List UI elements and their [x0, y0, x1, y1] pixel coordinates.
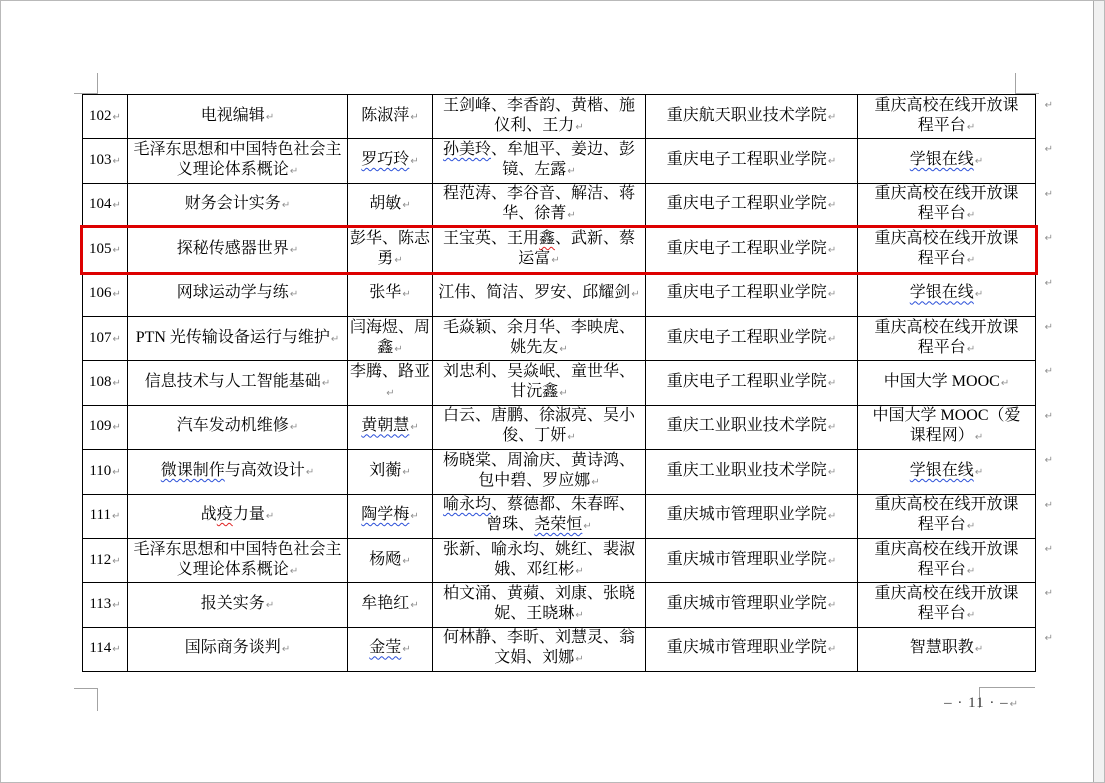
- table-row-112: 112↵毛泽东思想和中国特色社会主义理论体系概论↵杨飏↵张新、喻永均、姚红、裴淑…: [83, 539, 1036, 583]
- cell-school: 重庆电子工程职业学院↵: [646, 184, 858, 228]
- paragraph-mark: ↵: [559, 384, 567, 404]
- page-number-text: – · 11 · –: [944, 695, 1008, 711]
- paragraph-mark: ↵: [631, 285, 639, 305]
- cell-team: 何林静、李昕、刘慧灵、翁文娟、刘娜↵: [433, 628, 646, 672]
- paragraph-mark: ↵: [828, 196, 836, 216]
- end-of-row-mark: ↵: [1045, 189, 1053, 200]
- paragraph-mark: ↵: [112, 552, 120, 572]
- cell-no: 107↵: [83, 317, 128, 361]
- cell-no: 103↵: [83, 139, 128, 183]
- paragraph-mark: ↵: [113, 196, 121, 216]
- paragraph-mark: ↵: [112, 596, 120, 616]
- paragraph-mark: ↵: [575, 606, 583, 626]
- paragraph-mark: ↵: [113, 285, 121, 305]
- cell-teacher: 罗巧玲↵: [348, 139, 433, 183]
- paragraph-mark: ↵: [828, 507, 836, 527]
- paragraph-mark: ↵: [591, 473, 599, 493]
- cell-teacher: 闫海煜、周鑫↵: [348, 317, 433, 361]
- paragraph-mark: ↵: [828, 374, 836, 394]
- cell-course: 电视编辑↵: [128, 95, 348, 139]
- cell-course: 财务会计实务↵: [128, 184, 348, 228]
- paragraph-mark: ↵: [967, 517, 975, 537]
- end-of-row-mark: ↵: [1045, 455, 1053, 466]
- cell-school: 重庆电子工程职业学院↵: [646, 361, 858, 405]
- cell-course: 毛泽东思想和中国特色社会主义理论体系概论↵: [128, 139, 348, 183]
- paragraph-mark: ↵: [551, 251, 559, 271]
- paragraph-mark: ↵: [394, 340, 402, 360]
- cell-team: 喻永均、蔡德都、朱春晖、曾珠、尧荣恒↵: [433, 495, 646, 539]
- paragraph-mark: ↵: [394, 251, 402, 271]
- end-of-row-mark: ↵: [1045, 144, 1053, 155]
- cell-platform: 智慧职教↵: [858, 628, 1036, 672]
- cell-school: 重庆工业职业技术学院↵: [646, 406, 858, 450]
- cell-platform: 重庆高校在线开放课程平台↵: [858, 95, 1036, 139]
- cell-platform: 学银在线↵: [858, 273, 1036, 317]
- cell-course: 汽车发动机维修↵: [128, 406, 348, 450]
- cell-school: 重庆城市管理职业学院↵: [646, 583, 858, 627]
- paragraph-mark: ↵: [828, 463, 836, 483]
- document-page: 102↵电视编辑↵陈淑萍↵王剑峰、李香韵、黄楷、施仪利、王力↵重庆航天职业技术学…: [0, 0, 1105, 783]
- cell-no: 106↵: [83, 273, 128, 317]
- end-of-row-mark: ↵: [1045, 322, 1053, 333]
- paragraph-mark: ↵: [975, 152, 983, 172]
- cell-school: 重庆工业职业技术学院↵: [646, 450, 858, 494]
- page-number: – · 11 · –↵: [881, 695, 1019, 712]
- paragraph-mark: ↵: [290, 241, 298, 261]
- cell-teacher: 刘蘅↵: [348, 450, 433, 494]
- table-row-106: 106↵网球运动学与练↵张华↵江伟、简洁、罗安、邱耀剑↵重庆电子工程职业学院↵学…: [83, 273, 1036, 317]
- paragraph-mark: ↵: [575, 650, 583, 670]
- cell-school: 重庆城市管理职业学院↵: [646, 628, 858, 672]
- margin-crop-mark-top-left: [74, 73, 98, 94]
- paragraph-mark: ↵: [266, 108, 274, 128]
- table-row-113: 113↵报关实务↵牟艳红↵柏文涌、黄蘋、刘康、张晓妮、王晓琳↵重庆城市管理职业学…: [83, 583, 1036, 627]
- paragraph-mark: ↵: [402, 552, 410, 572]
- cell-team: 张新、喻永均、姚红、裴淑娥、邓红彬↵: [433, 539, 646, 583]
- paragraph-mark: ↵: [113, 152, 121, 172]
- end-of-row-mark: ↵: [1045, 278, 1053, 289]
- table-row-111: 111↵战疫力量↵陶学梅↵喻永均、蔡德都、朱春晖、曾珠、尧荣恒↵重庆城市管理职业…: [83, 495, 1036, 539]
- paragraph-mark: ↵: [828, 152, 836, 172]
- paragraph-mark: ↵: [266, 596, 274, 616]
- cell-no: 112↵: [83, 539, 128, 583]
- cell-course: 微课制作与高效设计↵: [128, 450, 348, 494]
- cell-platform: 中国大学 MOOC（爱课程网）↵: [858, 406, 1036, 450]
- paragraph-mark: ↵: [828, 330, 836, 350]
- cell-course: 网球运动学与练↵: [128, 273, 348, 317]
- cell-team: 毛焱颖、余月华、李映虎、姚先友↵: [433, 317, 646, 361]
- cell-no: 114↵: [83, 628, 128, 672]
- cell-teacher: 黄朝慧↵: [348, 406, 433, 450]
- cell-teacher: 陶学梅↵: [348, 495, 433, 539]
- cell-no: 109↵: [83, 406, 128, 450]
- paragraph-mark: ↵: [410, 596, 418, 616]
- paragraph-mark: ↵: [967, 251, 975, 271]
- paragraph-mark: ↵: [112, 640, 120, 660]
- paragraph-mark: ↵: [290, 562, 298, 582]
- paragraph-mark: ↵: [113, 108, 121, 128]
- paragraph-mark: ↵: [575, 118, 583, 138]
- end-of-row-mark: ↵: [1045, 233, 1053, 244]
- paragraph-mark: ↵: [1010, 699, 1019, 710]
- cell-team: 王宝英、王用鑫、武新、蔡运富↵: [433, 228, 646, 272]
- paragraph-mark: ↵: [386, 384, 394, 404]
- paragraph-mark: ↵: [828, 552, 836, 572]
- paragraph-mark: ↵: [967, 606, 975, 626]
- paragraph-mark: ↵: [828, 108, 836, 128]
- cell-no: 104↵: [83, 184, 128, 228]
- paragraph-mark: ↵: [402, 463, 410, 483]
- paragraph-mark: ↵: [567, 206, 575, 226]
- cell-teacher: 陈淑萍↵: [348, 95, 433, 139]
- cell-team: 程范涛、李谷音、解洁、蒋华、徐菁↵: [433, 184, 646, 228]
- cell-team: 江伟、简洁、罗安、邱耀剑↵: [433, 273, 646, 317]
- cell-course: 探秘传感器世界↵: [128, 228, 348, 272]
- course-table: 102↵电视编辑↵陈淑萍↵王剑峰、李香韵、黄楷、施仪利、王力↵重庆航天职业技术学…: [82, 94, 1036, 672]
- cell-course: 战疫力量↵: [128, 495, 348, 539]
- paragraph-mark: ↵: [828, 418, 836, 438]
- paragraph-mark: ↵: [828, 640, 836, 660]
- paragraph-mark: ↵: [967, 340, 975, 360]
- table-row-110: 110↵微课制作与高效设计↵刘蘅↵杨晓棠、周渝庆、黄诗鸿、包中碧、罗应娜↵重庆工…: [83, 450, 1036, 494]
- table-row-114: 114↵国际商务谈判↵金莹↵何林静、李昕、刘慧灵、翁文娟、刘娜↵重庆城市管理职业…: [83, 628, 1036, 672]
- paragraph-mark: ↵: [828, 596, 836, 616]
- cell-school: 重庆城市管理职业学院↵: [646, 495, 858, 539]
- cell-teacher: 李腾、路亚↵: [348, 361, 433, 405]
- cell-no: 102↵: [83, 95, 128, 139]
- cell-teacher: 张华↵: [348, 273, 433, 317]
- cell-team: 白云、唐鹏、徐淑亮、吴小俊、丁妍↵: [433, 406, 646, 450]
- cell-platform: 重庆高校在线开放课程平台↵: [858, 539, 1036, 583]
- paragraph-mark: ↵: [1001, 374, 1009, 394]
- cell-no: 111↵: [83, 495, 128, 539]
- cell-course: 毛泽东思想和中国特色社会主义理论体系概论↵: [128, 539, 348, 583]
- cell-course: 国际商务谈判↵: [128, 628, 348, 672]
- cell-team: 柏文涌、黄蘋、刘康、张晓妮、王晓琳↵: [433, 583, 646, 627]
- table-row-103: 103↵毛泽东思想和中国特色社会主义理论体系概论↵罗巧玲↵孙美玲、牟旭平、姜边、…: [83, 139, 1036, 183]
- paragraph-mark: ↵: [113, 374, 121, 394]
- paragraph-mark: ↵: [575, 562, 583, 582]
- table-row-105: 105↵探秘传感器世界↵彭华、陈志勇↵王宝英、王用鑫、武新、蔡运富↵重庆电子工程…: [83, 228, 1036, 272]
- end-of-row-mark: ↵: [1045, 366, 1053, 377]
- cell-school: 重庆电子工程职业学院↵: [646, 317, 858, 361]
- cell-course: 信息技术与人工智能基础↵: [128, 361, 348, 405]
- margin-crop-mark-bottom-left: [74, 688, 98, 711]
- cell-team: 孙美玲、牟旭平、姜边、彭镜、左露↵: [433, 139, 646, 183]
- page-right-edge: [1093, 1, 1105, 782]
- paragraph-mark: ↵: [290, 162, 298, 182]
- paragraph-mark: ↵: [967, 118, 975, 138]
- paragraph-mark: ↵: [567, 428, 575, 448]
- cell-platform: 学银在线↵: [858, 450, 1036, 494]
- paragraph-mark: ↵: [967, 562, 975, 582]
- table-row-107: 107↵PTN 光传输设备运行与维护↵闫海煜、周鑫↵毛焱颖、余月华、李映虎、姚先…: [83, 317, 1036, 361]
- cell-course: PTN 光传输设备运行与维护↵: [128, 317, 348, 361]
- paragraph-mark: ↵: [567, 162, 575, 182]
- paragraph-mark: ↵: [113, 330, 121, 350]
- paragraph-mark: ↵: [410, 108, 418, 128]
- paragraph-mark: ↵: [402, 196, 410, 216]
- cell-teacher: 牟艳红↵: [348, 583, 433, 627]
- cell-team: 王剑峰、李香韵、黄楷、施仪利、王力↵: [433, 95, 646, 139]
- end-of-row-mark: ↵: [1045, 500, 1053, 511]
- margin-crop-mark-top-right: [1015, 73, 1039, 94]
- paragraph-mark: ↵: [322, 374, 330, 394]
- cell-no: 108↵: [83, 361, 128, 405]
- paragraph-mark: ↵: [112, 507, 120, 527]
- paragraph-mark: ↵: [331, 330, 339, 350]
- cell-team: 杨晓棠、周渝庆、黄诗鸿、包中碧、罗应娜↵: [433, 450, 646, 494]
- paragraph-mark: ↵: [402, 640, 410, 660]
- table-row-104: 104↵财务会计实务↵胡敏↵程范涛、李谷音、解洁、蒋华、徐菁↵重庆电子工程职业学…: [83, 184, 1036, 228]
- cell-teacher: 彭华、陈志勇↵: [348, 228, 433, 272]
- cell-school: 重庆电子工程职业学院↵: [646, 139, 858, 183]
- cell-platform: 重庆高校在线开放课程平台↵: [858, 228, 1036, 272]
- table-row-102: 102↵电视编辑↵陈淑萍↵王剑峰、李香韵、黄楷、施仪利、王力↵重庆航天职业技术学…: [83, 95, 1036, 139]
- paragraph-mark: ↵: [410, 418, 418, 438]
- cell-school: 重庆电子工程职业学院↵: [646, 273, 858, 317]
- paragraph-mark: ↵: [266, 507, 274, 527]
- paragraph-mark: ↵: [410, 507, 418, 527]
- cell-course: 报关实务↵: [128, 583, 348, 627]
- cell-platform: 重庆高校在线开放课程平台↵: [858, 583, 1036, 627]
- cell-no: 113↵: [83, 583, 128, 627]
- paragraph-mark: ↵: [975, 285, 983, 305]
- paragraph-mark: ↵: [402, 285, 410, 305]
- paragraph-mark: ↵: [967, 206, 975, 226]
- cell-platform: 重庆高校在线开放课程平台↵: [858, 317, 1036, 361]
- paragraph-mark: ↵: [282, 196, 290, 216]
- cell-school: 重庆城市管理职业学院↵: [646, 539, 858, 583]
- cell-school: 重庆航天职业技术学院↵: [646, 95, 858, 139]
- table-row-108: 108↵信息技术与人工智能基础↵李腾、路亚↵刘忠利、吴焱岷、童世华、甘沅鑫↵重庆…: [83, 361, 1036, 405]
- paragraph-mark: ↵: [975, 640, 983, 660]
- paragraph-mark: ↵: [113, 418, 121, 438]
- cell-platform: 重庆高校在线开放课程平台↵: [858, 495, 1036, 539]
- paragraph-mark: ↵: [583, 517, 591, 537]
- cell-school: 重庆电子工程职业学院↵: [646, 228, 858, 272]
- paragraph-mark: ↵: [290, 418, 298, 438]
- end-of-row-mark: ↵: [1045, 100, 1053, 111]
- paragraph-mark: ↵: [410, 152, 418, 172]
- table-row-109: 109↵汽车发动机维修↵黄朝慧↵白云、唐鹏、徐淑亮、吴小俊、丁妍↵重庆工业职业技…: [83, 406, 1036, 450]
- paragraph-mark: ↵: [975, 428, 983, 448]
- end-of-row-mark: ↵: [1045, 411, 1053, 422]
- cell-platform: 中国大学 MOOC↵: [858, 361, 1036, 405]
- cell-teacher: 杨飏↵: [348, 539, 433, 583]
- paragraph-mark: ↵: [282, 640, 290, 660]
- cell-teacher: 胡敏↵: [348, 184, 433, 228]
- paragraph-mark: ↵: [975, 463, 983, 483]
- paragraph-mark: ↵: [828, 241, 836, 261]
- cell-no: 110↵: [83, 450, 128, 494]
- paragraph-mark: ↵: [290, 285, 298, 305]
- paragraph-mark: ↵: [828, 285, 836, 305]
- cell-platform: 学银在线↵: [858, 139, 1036, 183]
- cell-teacher: 金莹↵: [348, 628, 433, 672]
- end-of-row-mark: ↵: [1045, 544, 1053, 555]
- paragraph-mark: ↵: [559, 340, 567, 360]
- cell-no: 105↵: [83, 228, 128, 272]
- cell-platform: 重庆高校在线开放课程平台↵: [858, 184, 1036, 228]
- paragraph-mark: ↵: [113, 241, 121, 261]
- paragraph-mark: ↵: [112, 463, 120, 483]
- end-of-row-mark: ↵: [1045, 588, 1053, 599]
- paragraph-mark: ↵: [306, 463, 314, 483]
- end-of-row-mark: ↵: [1045, 633, 1053, 644]
- cell-team: 刘忠利、吴焱岷、童世华、甘沅鑫↵: [433, 361, 646, 405]
